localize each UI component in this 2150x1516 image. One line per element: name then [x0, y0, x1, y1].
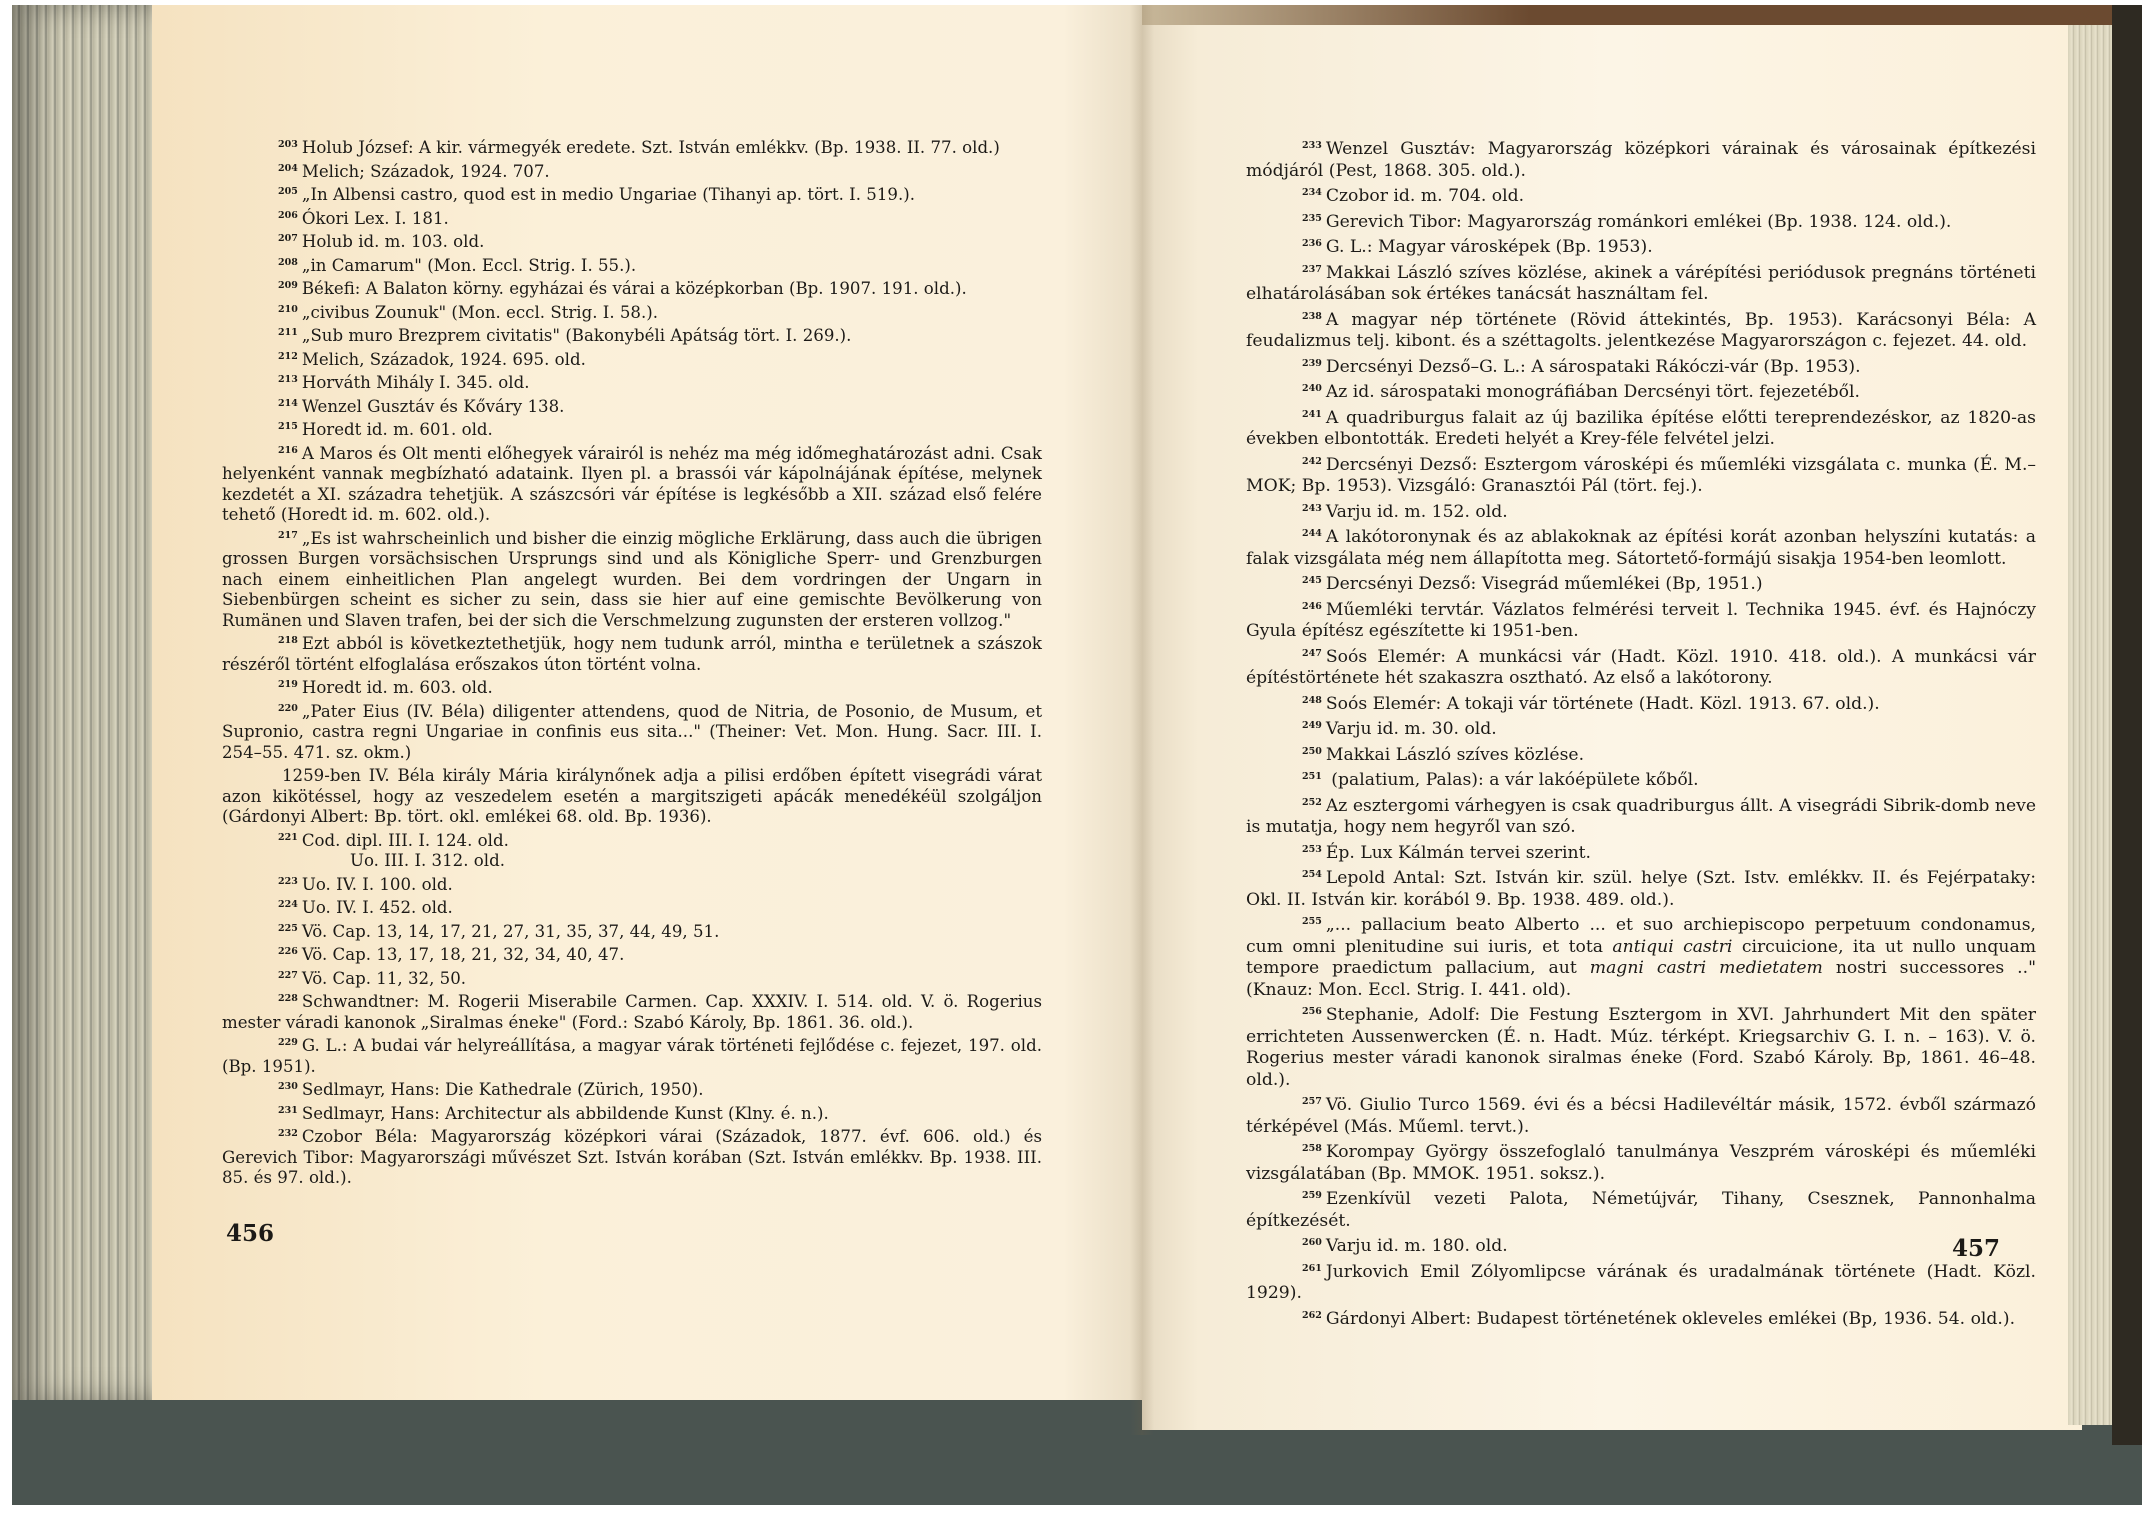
cover-top-band: [1142, 5, 2112, 25]
footnote: 245Dercsényi Dezső: Visegrád műemlékei (…: [1246, 570, 2036, 596]
footnote: 1259-ben IV. Béla király Mária királynőn…: [222, 763, 1042, 828]
footnote: 246Műemléki tervtár. Vázlatos felmérési …: [1246, 596, 2036, 643]
footnote: 261Jurkovich Emil Zólyomlipcse várának é…: [1246, 1258, 2036, 1305]
left-fore-edge: [12, 5, 152, 1400]
footnote: 226Vö. Cap. 13, 17, 18, 21, 32, 34, 40, …: [222, 942, 1042, 966]
footnote: 232Czobor Béla: Magyarország középkori v…: [222, 1124, 1042, 1189]
right-page: 233Wenzel Gusztáv: Magyarország középkor…: [1142, 25, 2082, 1430]
right-footnotes: 233Wenzel Gusztáv: Magyarország középkor…: [1246, 135, 2036, 1330]
footnote: 228Schwandtner: M. Rogerii Miserabile Ca…: [222, 989, 1042, 1033]
footnote: 258Korompay György összefoglaló tanulmán…: [1246, 1138, 2036, 1185]
footnote: [222, 1189, 1042, 1213]
footnote: 256Stephanie, Adolf: Die Festung Eszterg…: [1246, 1001, 2036, 1091]
footnote: 238A magyar nép története (Rövid áttekin…: [1246, 306, 2036, 353]
footnote: 251 (palatium, Palas): a vár lakóépülete…: [1246, 766, 2036, 792]
footnote: 217„Es ist wahrscheinlich und bisher die…: [222, 526, 1042, 632]
footnote: 234Czobor id. m. 704. old.: [1246, 182, 2036, 208]
footnote: 260Varju id. m. 180. old.: [1246, 1232, 2036, 1258]
footnote: 255„... pallacium beato Alberto ... et s…: [1246, 911, 2036, 1001]
footnote: 262Gárdonyi Albert: Budapest történeténe…: [1246, 1305, 2036, 1331]
footnote: 207Holub id. m. 103. old.: [222, 229, 1042, 253]
footnote: 206Ókori Lex. I. 181.: [222, 206, 1042, 230]
footnote: 215Horedt id. m. 601. old.: [222, 417, 1042, 441]
footnote: 253Ép. Lux Kálmán tervei szerint.: [1246, 839, 2036, 865]
footnote: 216A Maros és Olt menti előhegyek várair…: [222, 441, 1042, 526]
footnote: 235Gerevich Tibor: Magyarország románkor…: [1246, 208, 2036, 234]
footnote: 252Az esztergomi várhegyen is csak quadr…: [1246, 792, 2036, 839]
footnote: 225Vö. Cap. 13, 14, 17, 21, 27, 31, 35, …: [222, 919, 1042, 943]
footnote: 208„in Camarum" (Mon. Eccl. Strig. I. 55…: [222, 253, 1042, 277]
footnote: 229G. L.: A budai vár helyreállítása, a …: [222, 1033, 1042, 1077]
footnote: 247Soós Elemér: A munkácsi vár (Hadt. Kö…: [1246, 643, 2036, 690]
footnote: 231Sedlmayr, Hans: Architectur als abbil…: [222, 1101, 1042, 1125]
footnote: 219Horedt id. m. 603. old.: [222, 675, 1042, 699]
footnote: 241A quadriburgus falait az új bazilika …: [1246, 404, 2036, 451]
footnote: 236G. L.: Magyar városképek (Bp. 1953).: [1246, 233, 2036, 259]
footnote: 239Dercsényi Dezső–G. L.: A sárospataki …: [1246, 353, 2036, 379]
footnote: 242Dercsényi Dezső: Esztergom városképi …: [1246, 451, 2036, 498]
footnote: [222, 1212, 1042, 1236]
footnote: 244A lakótoronynak és az ablakoknak az é…: [1246, 523, 2036, 570]
footnote: 213Horváth Mihály I. 345. old.: [222, 370, 1042, 394]
footnote: 230Sedlmayr, Hans: Die Kathedrale (Züric…: [222, 1077, 1042, 1101]
book-scan: 203Holub József: A kir. vármegyék eredet…: [12, 5, 2142, 1505]
footnote: 218Ezt abból is következtethetjük, hogy …: [222, 631, 1042, 675]
footnote: 248Soós Elemér: A tokaji vár története (…: [1246, 690, 2036, 716]
footnote: 249Varju id. m. 30. old.: [1246, 715, 2036, 741]
footnote: 224Uo. IV. I. 452. old.: [222, 895, 1042, 919]
footnote: 223Uo. IV. I. 100. old.: [222, 872, 1042, 896]
book-cover-edge: [2112, 5, 2142, 1445]
footnote: 237Makkai László szíves közlése, akinek …: [1246, 259, 2036, 306]
footnote: 205„In Albensi castro, quod est in medio…: [222, 182, 1042, 206]
page-number-left: 456: [226, 1220, 274, 1247]
page-number-right: 457: [1952, 1235, 2000, 1262]
footnote: 209Békefi: A Balaton körny. egyházai és …: [222, 276, 1042, 300]
footnote: 204Melich; Századok, 1924. 707.: [222, 159, 1042, 183]
footnote: 257Vö. Giulio Turco 1569. évi és a bécsi…: [1246, 1091, 2036, 1138]
footnote: 220„Pater Eius (IV. Béla) diligenter att…: [222, 699, 1042, 764]
footnote: 259Ezenkívül vezeti Palota, Németújvár, …: [1246, 1185, 2036, 1232]
book-gutter: [1130, 5, 1154, 1435]
footnote: 203Holub József: A kir. vármegyék eredet…: [222, 135, 1042, 159]
footnote: 250Makkai László szíves közlése.: [1246, 741, 2036, 767]
right-fore-edge: [2068, 25, 2112, 1425]
footnote: 211„Sub muro Brezprem civitatis" (Bakony…: [222, 323, 1042, 347]
footnote: 240Az id. sárospataki monográfiában Derc…: [1246, 378, 2036, 404]
footnote-continuation-paragraph: Uo. III. I. 312. old.: [222, 851, 1042, 872]
footnote: 212Melich, Századok, 1924. 695. old.: [222, 347, 1042, 371]
footnote: 214Wenzel Gusztáv és Kőváry 138.: [222, 394, 1042, 418]
left-page: 203Holub József: A kir. vármegyék eredet…: [152, 5, 1142, 1400]
footnote: 227Vö. Cap. 11, 32, 50.: [222, 966, 1042, 990]
footnote: 210„civibus Zounuk" (Mon. eccl. Strig. I…: [222, 300, 1042, 324]
footnote: 254Lepold Antal: Szt. István kir. szül. …: [1246, 864, 2036, 911]
left-footnotes: 203Holub József: A kir. vármegyék eredet…: [222, 135, 1042, 1236]
footnote: 221Cod. dipl. III. I. 124. old.: [222, 828, 1042, 852]
footnote: 243Varju id. m. 152. old.: [1246, 498, 2036, 524]
footnote: 233Wenzel Gusztáv: Magyarország középkor…: [1246, 135, 2036, 182]
